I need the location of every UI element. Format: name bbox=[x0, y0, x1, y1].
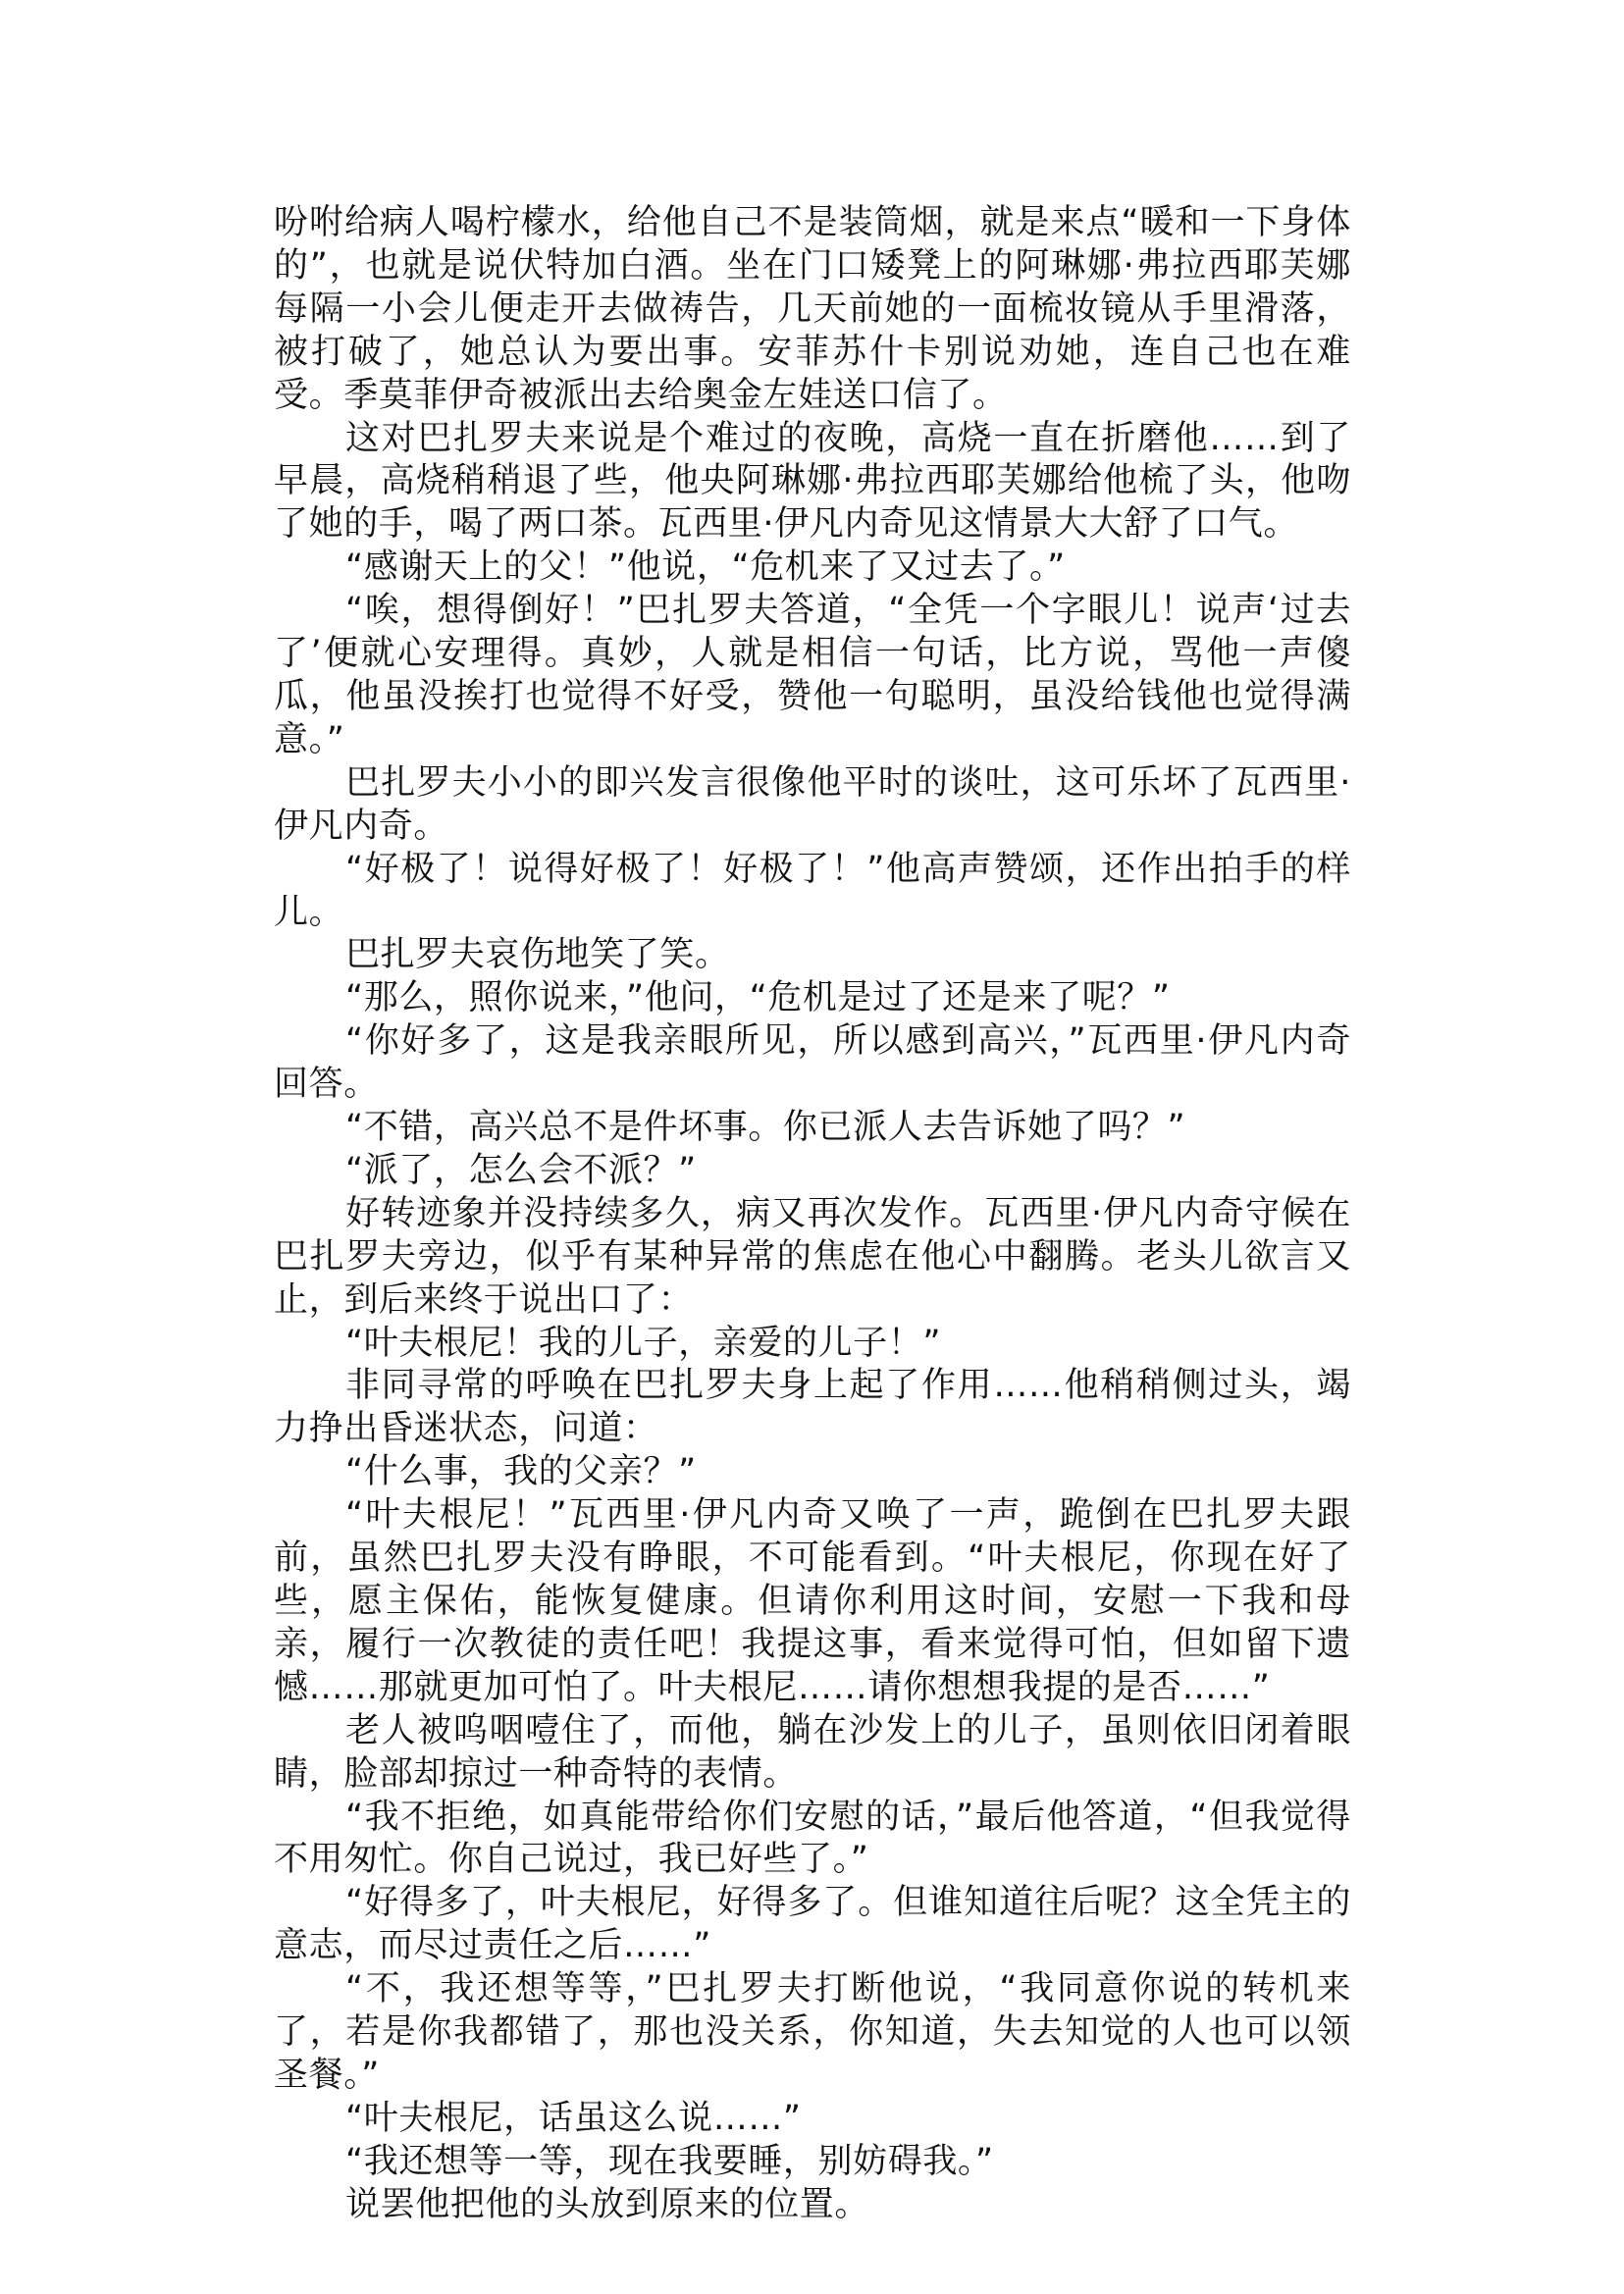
paragraph-13: “叶夫根尼！我的儿子，亲爱的儿子！” bbox=[274, 1323, 1351, 1366]
paragraph-12: 好转迹象并没持续多久，病又再次发作。瓦西里·伊凡内奇守候在巴扎罗夫旁边，似乎有某… bbox=[274, 1193, 1351, 1323]
paragraph-21: “叶夫根尼，话虽这么说……” bbox=[274, 2098, 1351, 2141]
paragraph-23: 说罢他把他的头放到原来的位置。 bbox=[274, 2184, 1351, 2227]
paragraph-18: “我不拒绝，如真能带给你们安慰的话，”最后他答道，“但我觉得不用匆忙。你自己说过… bbox=[274, 1797, 1351, 1883]
paragraph-14: 非同寻常的呼唤在巴扎罗夫身上起了作用……他稍稍侧过头，竭力挣出昏迷状态，问道： bbox=[274, 1365, 1351, 1451]
paragraph-16: “叶夫根尼！”瓦西里·伊凡内奇又唤了一声，跪倒在巴扎罗夫跟前，虽然巴扎罗夫没有睁… bbox=[274, 1494, 1351, 1710]
paragraph-3: “感谢天上的父！”他说，“危机来了又过去了。” bbox=[274, 547, 1351, 590]
paragraph-7: 巴扎罗夫哀伤地笑了笑。 bbox=[274, 934, 1351, 977]
paragraph-1: 吩咐给病人喝柠檬水，给他自己不是装筒烟，就是来点“暖和一下身体的”，也就是说伏特… bbox=[274, 202, 1351, 418]
paragraph-15: “什么事，我的父亲？” bbox=[274, 1451, 1351, 1494]
document-page: 吩咐给病人喝柠檬水，给他自己不是装筒烟，就是来点“暖和一下身体的”，也就是说伏特… bbox=[274, 202, 1351, 2227]
paragraph-2: 这对巴扎罗夫来说是个难过的夜晚，高烧一直在折磨他……到了早晨，高烧稍稍退了些，他… bbox=[274, 418, 1351, 547]
paragraph-9: “你好多了，这是我亲眼所见，所以感到高兴，”瓦西里·伊凡内奇回答。 bbox=[274, 1020, 1351, 1107]
paragraph-17: 老人被呜咽噎住了，而他，躺在沙发上的儿子，虽则依旧闭着眼睛，脸部却掠过一种奇特的… bbox=[274, 1710, 1351, 1797]
paragraph-20: “不，我还想等等，”巴扎罗夫打断他说，“我同意你说的转机来了，若是你我都错了，那… bbox=[274, 1968, 1351, 2098]
paragraph-5: 巴扎罗夫小小的即兴发言很像他平时的谈吐，这可乐坏了瓦西里·伊凡内奇。 bbox=[274, 762, 1351, 849]
paragraph-22: “我还想等一等，现在我要睡，别妨碍我。” bbox=[274, 2141, 1351, 2184]
paragraph-10: “不错，高兴总不是件坏事。你已派人去告诉她了吗？” bbox=[274, 1107, 1351, 1150]
paragraph-8: “那么，照你说来，”他问，“危机是过了还是来了呢？” bbox=[274, 977, 1351, 1020]
paragraph-11: “派了，怎么会不派？” bbox=[274, 1150, 1351, 1193]
paragraph-6: “好极了！说得好极了！好极了！”他高声赞颂，还作出拍手的样儿。 bbox=[274, 849, 1351, 935]
paragraph-19: “好得多了，叶夫根尼，好得多了。但谁知道往后呢？这全凭主的意志，而尽过责任之后…… bbox=[274, 1882, 1351, 1968]
paragraph-4: “唉，想得倒好！”巴扎罗夫答道，“全凭一个字眼儿！说声‘过去了’便就心安理得。真… bbox=[274, 590, 1351, 762]
